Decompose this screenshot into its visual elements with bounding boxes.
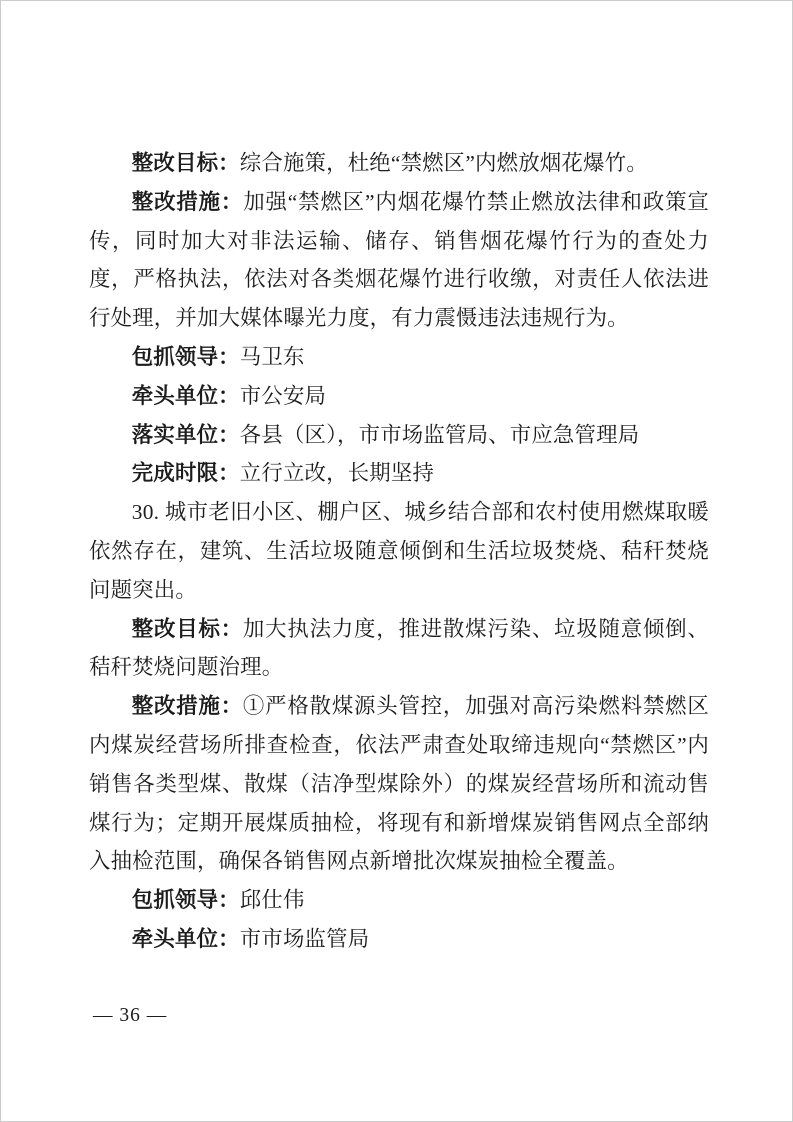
paragraph-text: 综合施策，杜绝“禁燃区”内燃放烟花爆竹。 — [240, 151, 648, 175]
document-page: 整改目标：综合施策，杜绝“禁燃区”内燃放烟花爆竹。整改措施：加强“禁燃区”内烟花… — [0, 0, 793, 1122]
paragraph: 牵头单位：市公安局 — [89, 377, 709, 416]
paragraph-text: 各县（区），市市场监管局、市应急管理局 — [240, 423, 640, 447]
paragraph-text: 邱仕伟 — [240, 888, 305, 912]
paragraph-label: 包抓领导： — [132, 345, 240, 369]
paragraph: 牵头单位：市市场监管局 — [89, 920, 709, 959]
paragraph: 整改目标：综合施策，杜绝“禁燃区”内燃放烟花爆竹。 — [89, 144, 709, 183]
paragraph-label: 整改措施： — [132, 694, 243, 718]
page-number: — 36 — — [93, 1005, 167, 1026]
paragraph: 包抓领导：邱仕伟 — [89, 881, 709, 920]
paragraph-text: 市公安局 — [240, 384, 326, 408]
paragraph-label: 整改措施： — [132, 190, 243, 214]
paragraph: 整改目标：加大执法力度，推进散煤污染、垃圾随意倾倒、秸秆焚烧问题治理。 — [89, 610, 709, 688]
paragraph-text: 市市场监管局 — [240, 927, 370, 951]
paragraph-label: 牵头单位： — [132, 384, 240, 408]
paragraph-text: 立行立改，长期坚持 — [240, 461, 434, 485]
page-footer: — 36 — — [93, 1001, 167, 1031]
paragraph-text: 30. 城市老旧小区、棚户区、城乡结合部和农村使用燃煤取暖依然存在，建筑、生活垃… — [89, 500, 709, 602]
paragraph-text: ①严格散煤源头管控，加强对高污染燃料禁燃区内煤炭经营场所排查检查，依法严肃查处取… — [89, 694, 709, 873]
paragraph: 30. 城市老旧小区、棚户区、城乡结合部和农村使用燃煤取暖依然存在，建筑、生活垃… — [89, 493, 709, 609]
paragraph-label: 落实单位： — [132, 423, 240, 447]
paragraph-label: 包抓领导： — [132, 888, 240, 912]
paragraph-label: 整改目标： — [132, 151, 240, 175]
paragraph-label: 整改目标： — [132, 617, 243, 641]
paragraph-label: 完成时限： — [132, 461, 240, 485]
paragraph: 整改措施：加强“禁燃区”内烟花爆竹禁止燃放法律和政策宣传，同时加大对非法运输、储… — [89, 183, 709, 338]
paragraph: 落实单位：各县（区），市市场监管局、市应急管理局 — [89, 416, 709, 455]
paragraph-text: 马卫东 — [240, 345, 305, 369]
paragraph: 完成时限：立行立改，长期坚持 — [89, 454, 709, 493]
paragraph: 包抓领导：马卫东 — [89, 338, 709, 377]
paragraph-label: 牵头单位： — [132, 927, 240, 951]
document-body: 整改目标：综合施策，杜绝“禁燃区”内燃放烟花爆竹。整改措施：加强“禁燃区”内烟花… — [89, 144, 709, 959]
paragraph: 整改措施：①严格散煤源头管控，加强对高污染燃料禁燃区内煤炭经营场所排查检查，依法… — [89, 687, 709, 881]
